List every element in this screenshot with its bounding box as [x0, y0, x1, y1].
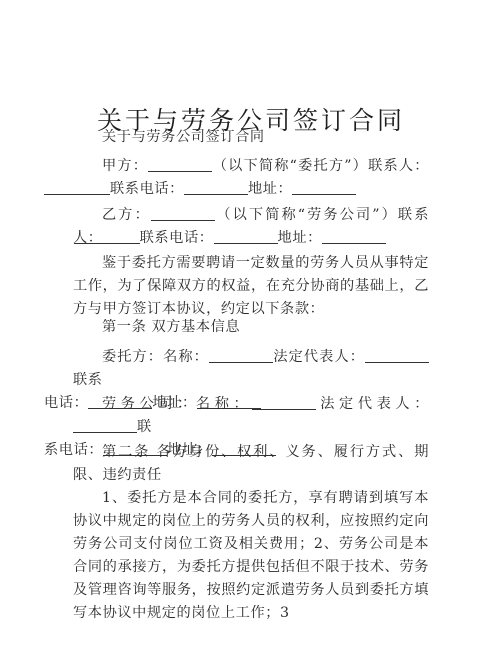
party-a-label: 甲方：	[102, 158, 148, 174]
client-name-label: 委托方：名称：	[102, 349, 209, 365]
article-1-heading: 第一条 双方基本信息	[73, 316, 429, 339]
party-a-contact-blank	[44, 180, 110, 195]
article-2-heading: 第二条 各方身份、权利、义务、履行方式、期限、违约责任	[73, 441, 429, 487]
company-name-label: 劳务公司：名称：	[102, 396, 252, 412]
party-b-address-blank	[322, 229, 386, 244]
party-b-name-blank	[151, 206, 215, 221]
company-contact-label-1: 联	[137, 419, 152, 435]
preamble-paragraph: 鉴于委托方需要聘请一定数量的劳务人员从事特定工作，为了保障双方的权益，在充分协商…	[73, 252, 429, 321]
company-rep-blank	[73, 418, 137, 433]
party-b-block: 乙方：（以下简称“劳务公司”）联系人：联系电话：地址：	[73, 204, 429, 250]
party-b-phone-blank	[214, 229, 278, 244]
party-a-phone-label: 联系电话：	[110, 181, 184, 197]
party-b-address-label: 地址：	[278, 230, 322, 246]
party-b-contact-blank	[74, 229, 140, 244]
party-a-address-label: 地址：	[248, 181, 292, 197]
company-name-blank	[252, 395, 316, 410]
client-contact-label-1: 联系	[73, 372, 103, 388]
party-a-address-blank	[292, 180, 356, 195]
document-subtitle: 关于与劳务公司签订合同	[73, 126, 429, 149]
party-a-name-blank	[148, 157, 212, 172]
company-rep-label: 法定代表人：	[316, 396, 429, 412]
party-b-label: 乙方：	[102, 207, 151, 223]
client-rep-label: 法定代表人：	[273, 349, 365, 365]
client-rep-blank	[365, 348, 429, 363]
party-b-phone-label: 联系电话：	[140, 230, 214, 246]
client-name-blank	[209, 348, 273, 363]
party-a-phone-blank	[184, 180, 248, 195]
party-a-alias: （以下简称“委托方”）联系人：	[212, 158, 429, 174]
article-2-body: 1、委托方是本合同的委托方，享有聘请到填写本协议中规定的岗位上的劳务人员的权利，…	[73, 487, 429, 625]
party-a-block: 甲方：（以下简称“委托方”）联系人：联系电话：地址：	[73, 155, 429, 201]
